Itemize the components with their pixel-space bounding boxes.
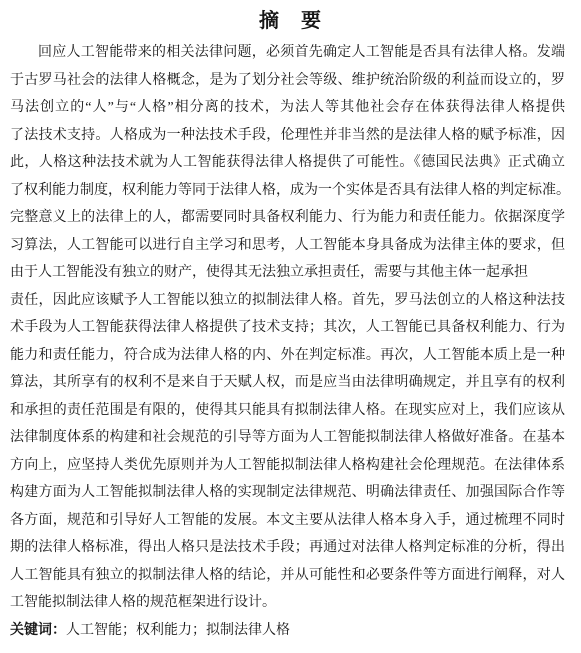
page-title: 摘 要	[0, 0, 581, 35]
keywords-label: 关键词：	[10, 623, 66, 638]
abstract-line: 术手段为人工智能获得法律人格提供了技术支持；其次，人工智能已具备权利能力、行为	[10, 314, 565, 342]
abstract-line: 算法，其所享有的权利不是来自于天赋人权，而是应当由法律明确规定，并且享有的权利	[10, 369, 565, 397]
abstract-body: 回应人工智能带来的相关法律问题，必须首先确定人工智能是否具有法律人格。发端 于古…	[10, 39, 565, 644]
abstract-line: 方向上，应坚持人类优先原则并为人工智能拟制法律人格构建社会伦理规范。在法律体系	[10, 452, 565, 480]
abstract-line: 工智能拟制法律人格的规范框架进行设计。	[10, 589, 565, 617]
abstract-line: 期的法律人格标准，得出人格只是法技术手段；再通过对法律人格判定标准的分析，得出	[10, 534, 565, 562]
abstract-line: 责任，因此应该赋予人工智能以独立的拟制法律人格。首先，罗马法创立的人格这种法技	[10, 287, 565, 315]
abstract-line: 各方面，规范和引导好人工智能的发展。本文主要从法律人格本身入手，通过梳理不同时	[10, 507, 565, 535]
abstract-line: 了权利能力制度，权利能力等同于法律人格，成为一个实体是否具有法律人格的判定标准。	[10, 177, 565, 205]
abstract-line: 于古罗马社会的法律人格概念，是为了划分社会等级、维护统治阶级的利益而设立的，罗	[10, 67, 565, 95]
keywords-text: 人工智能；权利能力；拟制法律人格	[66, 623, 290, 638]
abstract-line: 完整意义上的法律上的人，都需要同时具备权利能力、行为能力和责任能力。依据深度学	[10, 204, 565, 232]
abstract-line: 构建方面为人工智能拟制法律人格的实现制定法律规范、明确法律责任、加强国际合作等	[10, 479, 565, 507]
abstract-page: 摘 要 回应人工智能带来的相关法律问题，必须首先确定人工智能是否具有法律人格。发…	[0, 0, 581, 653]
abstract-line: 和承担的责任范围是有限的，使得其只能具有拟制法律人格。在现实应对上，我们应该从	[10, 397, 565, 425]
abstract-line: 马法创立的“人”与“人格”相分离的技术，为法人等其他社会存在体获得法律人格提供	[10, 94, 565, 122]
keywords-line: 关键词：人工智能；权利能力；拟制法律人格	[10, 617, 565, 645]
abstract-line: 习算法，人工智能可以进行自主学习和思考，人工智能本身具备成为法律主体的要求，但	[10, 232, 565, 260]
abstract-line: 由于人工智能没有独立的财产，使得其无法独立承担责任，需要与其他主体一起承担	[10, 259, 565, 287]
abstract-line: 人工智能具有独立的拟制法律人格的结论，并从可能性和必要条件等方面进行阐释，对人	[10, 562, 565, 590]
abstract-line: 了法技术支持。人格成为一种法技术手段，伦理性并非当然的是法律人格的赋予标准，因	[10, 122, 565, 150]
abstract-line: 此，人格这种法技术就为人工智能获得法律人格提供了可能性。《德国民法典》正式确立	[10, 149, 565, 177]
abstract-line: 能力和责任能力，符合成为法律人格的内、外在判定标准。再次，人工智能本质上是一种	[10, 342, 565, 370]
abstract-line: 回应人工智能带来的相关法律问题，必须首先确定人工智能是否具有法律人格。发端	[10, 39, 565, 67]
abstract-line: 法律制度体系的构建和社会规范的引导等方面为人工智能拟制法律人格做好准备。在基本	[10, 424, 565, 452]
